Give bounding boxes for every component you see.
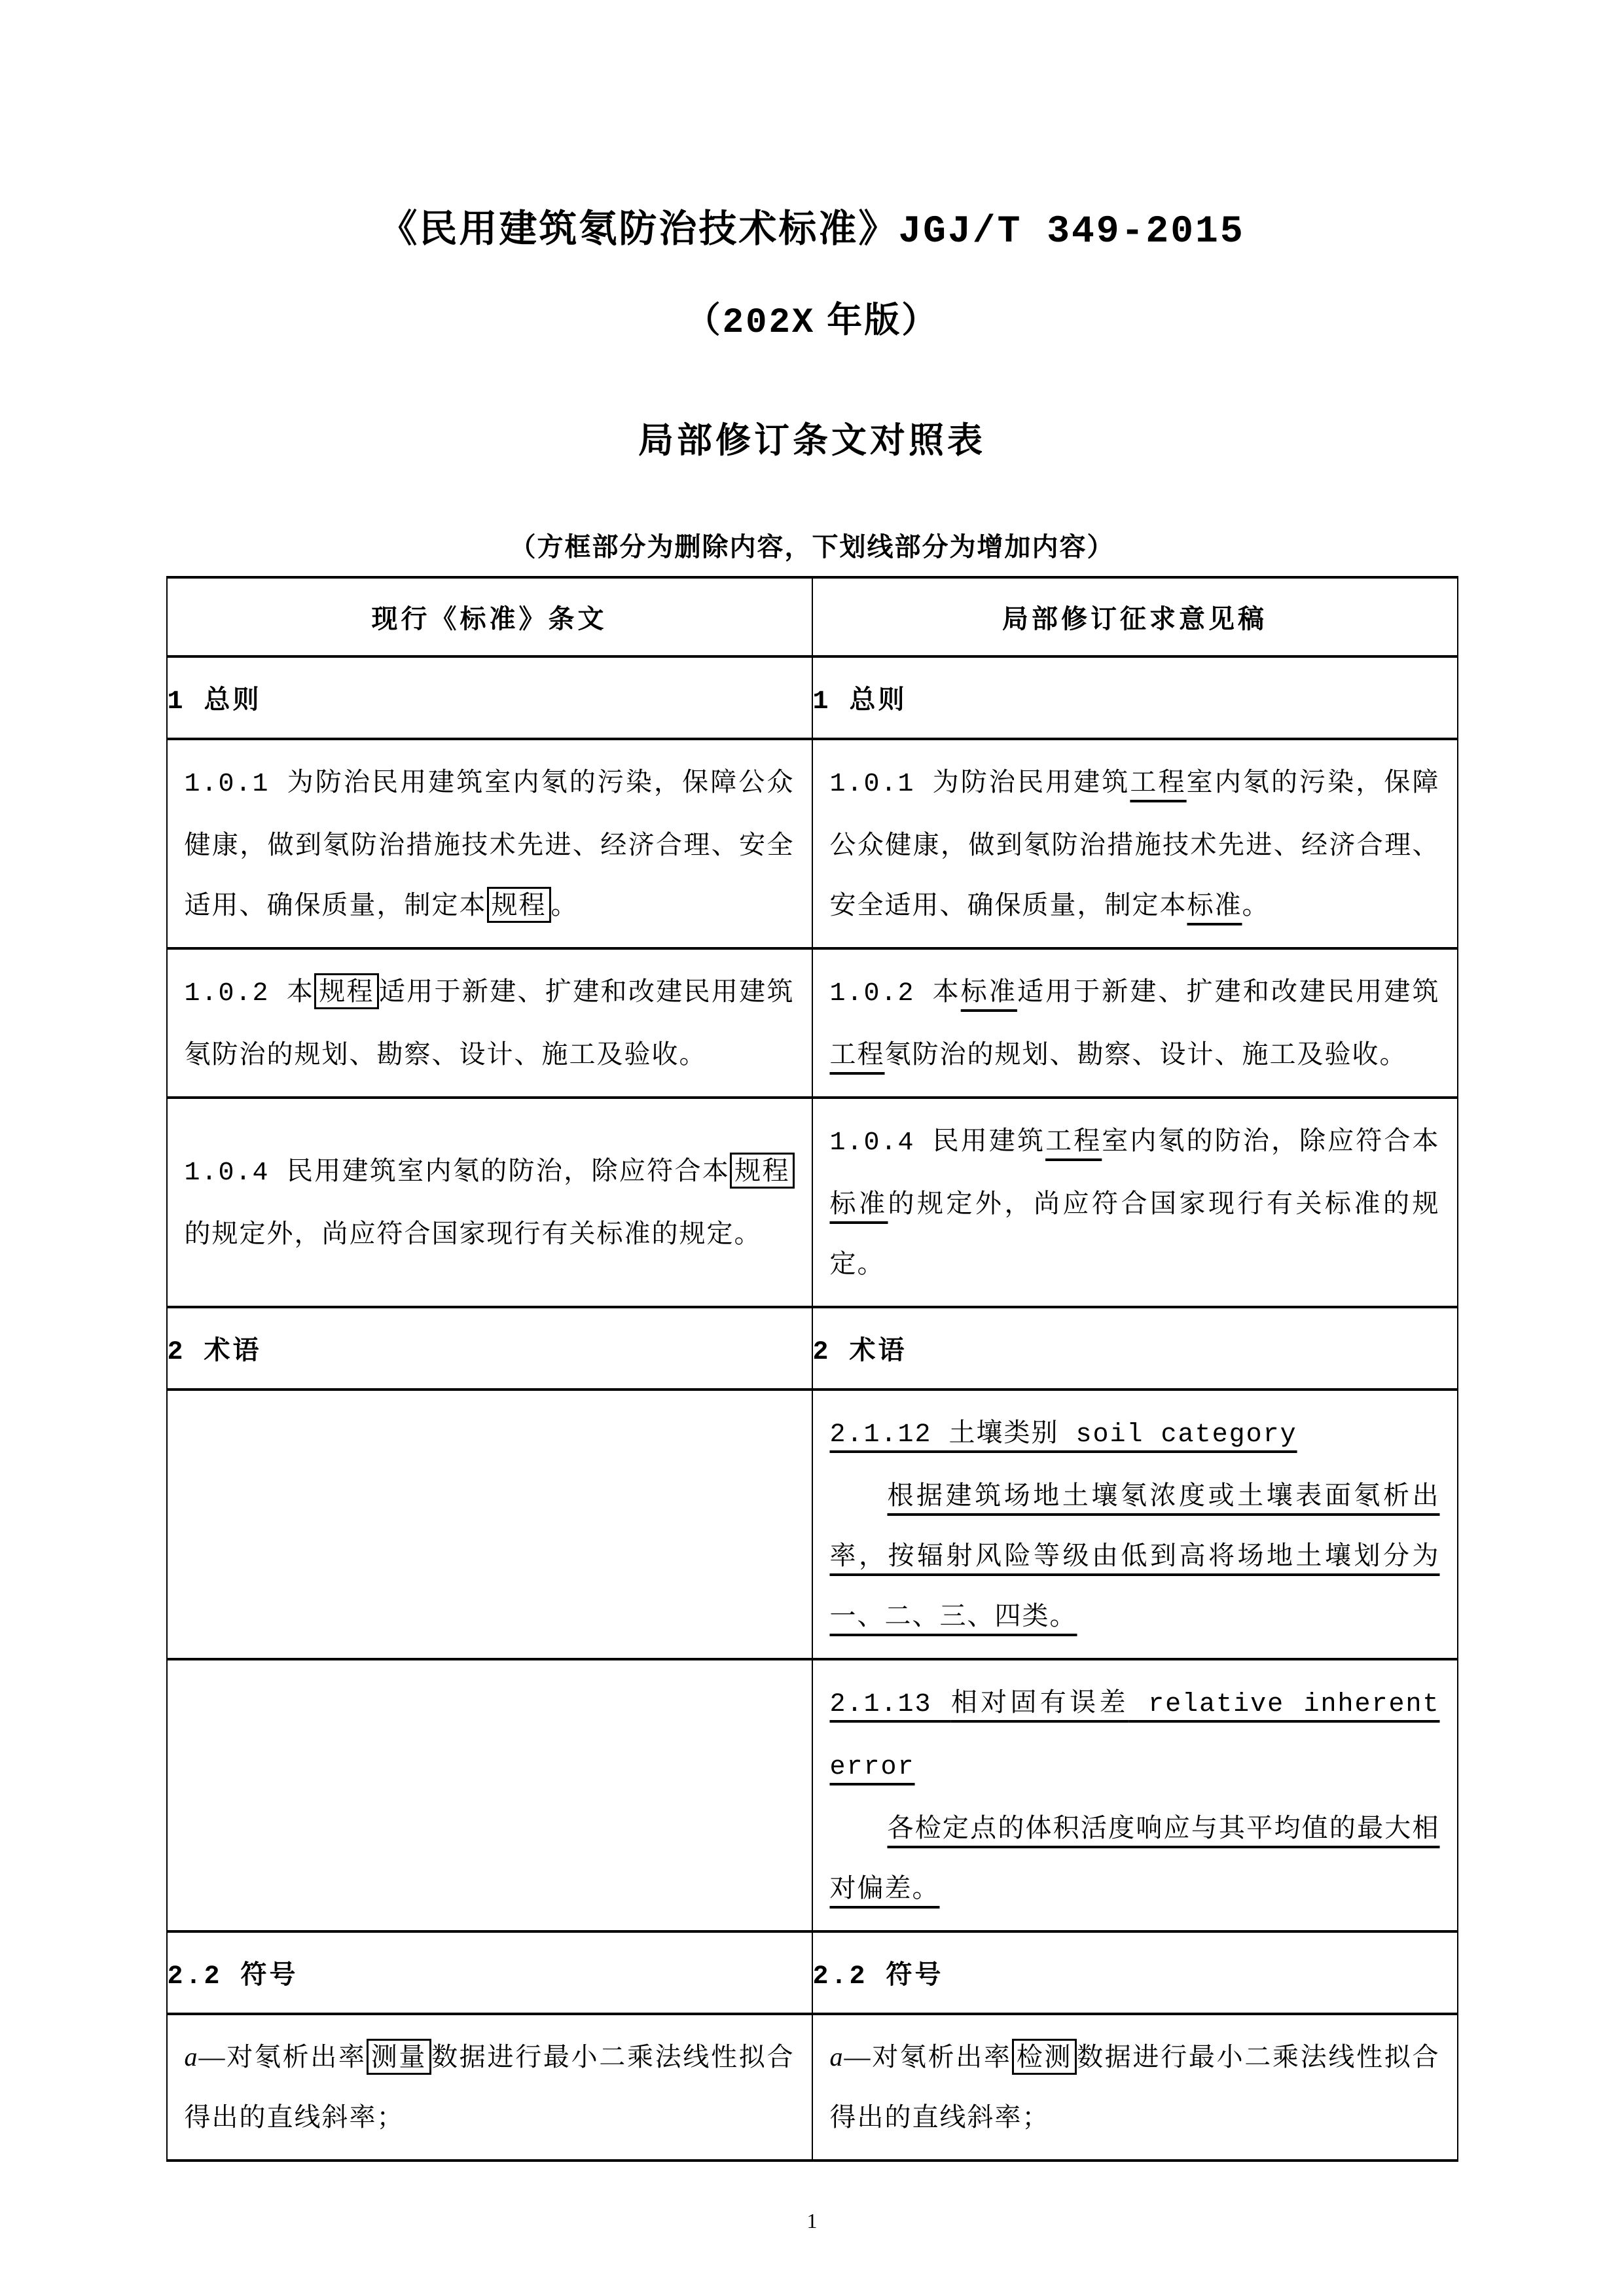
paragraph: 1.0.1 为防治民用建筑工程室内氡的污染，保障公众健康，做到氡防治措施技术先进… — [830, 752, 1440, 935]
cell-right: 1.0.4 民用建筑工程室内氡的防治，除应符合本标准的规定外，尚应符合国家现行有… — [812, 1098, 1458, 1307]
cell-left: 1.0.2 本规程适用于新建、扩建和改建民用建筑氡防治的规划、勘察、设计、施工及… — [167, 948, 812, 1098]
added-text: 标准 — [1187, 890, 1242, 920]
column-header-revision-draft: 局部修订征求意见稿 — [812, 577, 1458, 656]
added-text: 标准 — [830, 1189, 888, 1218]
cell-left: 1.0.4 民用建筑室内氡的防治，除应符合本规程的规定外，尚应符合国家现行有关标… — [167, 1098, 812, 1307]
deleted-text: 规程 — [730, 1153, 794, 1189]
paragraph: 各检定点的体积活度响应与其平均值的最大相对偏差。 — [830, 1798, 1440, 1918]
text-run: 1.0.4 — [830, 1128, 933, 1158]
cell-left: 1.0.1 为防治民用建筑室内氡的污染，保障公众健康，做到氡防治措施技术先进、经… — [167, 739, 812, 948]
text-run: 1 — [168, 687, 204, 717]
cell-right: 2 术语 — [812, 1307, 1458, 1390]
deleted-text: 测量 — [367, 2039, 431, 2075]
paragraph: a—对氡析出率测量数据进行最小二乘法线性拟合得出的直线斜率； — [185, 2027, 795, 2147]
text-run: 氡防治的规划、勘察、设计、施工及验收。 — [885, 1039, 1407, 1069]
cell-left — [167, 1390, 812, 1659]
text-run: 。 — [1242, 890, 1270, 920]
cell-left: 2 术语 — [167, 1307, 812, 1390]
paragraph: 2.1.13 相对固有误差 relative inherent error — [830, 1672, 1440, 1798]
added-text: 2.1.12 — [830, 1420, 949, 1450]
section-row: 2 术语2 术语 — [167, 1307, 1458, 1390]
cell-right: 2.2 符号 — [812, 1931, 1458, 2014]
added-text: 工程 — [1045, 1126, 1102, 1155]
added-text: 相对固有误差 — [951, 1687, 1129, 1717]
cell-right: 1 总则 — [812, 656, 1458, 739]
legend-note: （方框部分为删除内容，下划线部分为增加内容） — [0, 533, 1624, 562]
content-row: 1.0.1 为防治民用建筑室内氡的污染，保障公众健康，做到氡防治措施技术先进、经… — [167, 739, 1458, 948]
text-run: —对氡析出率 — [199, 2042, 367, 2072]
text-run: 民用建筑室内氡的防治，除应符合本 — [287, 1156, 730, 1185]
added-text: 工程 — [1130, 767, 1186, 797]
text-run: —对氡析出率 — [844, 2042, 1012, 2072]
text-run: 总则 — [204, 685, 262, 714]
text-run: 2.2 — [168, 1962, 241, 1992]
page-number: 1 — [0, 2209, 1624, 2233]
paragraph: 2.2 符号 — [168, 1954, 812, 1992]
paragraph: 根据建筑场地土壤氡浓度或土壤表面氡析出率，按辐射风险等级由低到高将场地土壤划分为… — [830, 1465, 1440, 1646]
text-run: 为防治民用建筑 — [933, 767, 1130, 797]
cell-right: 2.1.12 土壤类别 soil category根据建筑场地土壤氡浓度或土壤表… — [812, 1390, 1458, 1659]
deleted-text: 规程 — [487, 887, 551, 923]
column-header-current-standard: 现行《标准》条文 — [167, 577, 812, 656]
text-run: 2 — [168, 1338, 204, 1367]
section-row: 2.2 符号2.2 符号 — [167, 1931, 1458, 2014]
deleted-text: 规程 — [314, 973, 379, 1009]
paragraph: 1 总则 — [813, 679, 1457, 717]
text-run: a — [830, 2042, 844, 2072]
text-run: 总则 — [850, 685, 907, 714]
paragraph: 1.0.1 为防治民用建筑室内氡的污染，保障公众健康，做到氡防治措施技术先进、经… — [185, 752, 795, 935]
text-run: 1 — [813, 687, 850, 717]
section-row: 1 总则1 总则 — [167, 656, 1458, 739]
content-row: 1.0.2 本规程适用于新建、扩建和改建民用建筑氡防治的规划、勘察、设计、施工及… — [167, 948, 1458, 1098]
added-text: 根据建筑场地土壤氡浓度或土壤表面氡析出率，按辐射风险等级由低到高将场地土壤划分为… — [830, 1480, 1440, 1630]
text-run: 2 — [813, 1338, 850, 1367]
paragraph: 2.2 符号 — [813, 1954, 1457, 1992]
paragraph: 1.0.4 民用建筑室内氡的防治，除应符合本规程的规定外，尚应符合国家现行有关标… — [185, 1141, 795, 1264]
text-run: 1.0.1 — [185, 770, 287, 799]
text-run: 的规定外，尚应符合国家现行有关标准的规定。 — [830, 1189, 1440, 1278]
document-title: 《民用建筑氡防治技术标准》JGJ/T 349-2015 — [0, 208, 1624, 253]
paragraph: 2 术语 — [813, 1329, 1457, 1367]
content-row: 1.0.4 民用建筑室内氡的防治，除应符合本规程的规定外，尚应符合国家现行有关标… — [167, 1098, 1458, 1307]
document-heading: 局部修订条文对照表 — [0, 420, 1624, 461]
paragraph: 2.1.12 土壤类别 soil category — [830, 1403, 1440, 1465]
cell-left: a—对氡析出率测量数据进行最小二乘法线性拟合得出的直线斜率； — [167, 2014, 812, 2161]
deleted-text: 检测 — [1012, 2039, 1077, 2075]
text-run: 民用建筑 — [933, 1126, 1045, 1155]
text-run: 本 — [933, 977, 961, 1006]
text-run: 1.0.2 — [830, 979, 933, 1009]
cell-right: 1.0.1 为防治民用建筑工程室内氡的污染，保障公众健康，做到氡防治措施技术先进… — [812, 739, 1458, 948]
text-run: 符号 — [241, 1960, 298, 1989]
cell-right: 2.1.13 相对固有误差 relative inherent error各检定… — [812, 1659, 1458, 1931]
cell-left: 1 总则 — [167, 656, 812, 739]
text-run: 室内氡的防治，除应符合本 — [1102, 1126, 1439, 1155]
text-run: a — [185, 2042, 199, 2072]
text-run: 术语 — [204, 1336, 262, 1365]
text-run: 1.0.1 — [830, 770, 933, 799]
paragraph: 2 术语 — [168, 1329, 812, 1367]
text-run: 适用于新建、扩建和改建民用建筑 — [1017, 977, 1440, 1006]
text-run: 1.0.2 — [185, 979, 287, 1009]
cell-left: 2.2 符号 — [167, 1931, 812, 2014]
cell-right: a—对氡析出率检测数据进行最小二乘法线性拟合得出的直线斜率； — [812, 2014, 1458, 2161]
cell-left — [167, 1659, 812, 1931]
cell-right: 1.0.2 本标准适用于新建、扩建和改建民用建筑工程氡防治的规划、勘察、设计、施… — [812, 948, 1458, 1098]
text-run: 2.2 — [813, 1962, 886, 1992]
text-run: JGJ/T 349-2015 — [898, 211, 1244, 253]
text-run: 1.0.4 — [185, 1158, 287, 1188]
text-run: 符号 — [886, 1960, 944, 1989]
table-header-row: 现行《标准》条文 局部修订征求意见稿 — [167, 577, 1458, 656]
content-row: 2.1.12 土壤类别 soil category根据建筑场地土壤氡浓度或土壤表… — [167, 1390, 1458, 1659]
paragraph: 1.0.4 民用建筑工程室内氡的防治，除应符合本标准的规定外，尚应符合国家现行有… — [830, 1111, 1440, 1294]
added-text: soil category — [1059, 1420, 1297, 1450]
comparison-table: 现行《标准》条文 局部修订征求意见稿 1 总则1 总则1.0.1 为防治民用建筑… — [166, 576, 1458, 2162]
document-subtitle: （202X 年版） — [0, 300, 1624, 343]
paragraph: 1 总则 — [168, 679, 812, 717]
added-text: 工程 — [830, 1039, 885, 1069]
text-run: 的规定外，尚应符合国家现行有关标准的规定。 — [185, 1219, 762, 1248]
added-text: 土壤类别 — [949, 1418, 1059, 1447]
paragraph: a—对氡析出率检测数据进行最小二乘法线性拟合得出的直线斜率； — [830, 2027, 1440, 2147]
document-page: 《民用建筑氡防治技术标准》JGJ/T 349-2015 （202X 年版） 局部… — [0, 0, 1624, 2296]
added-text: 标准 — [961, 977, 1017, 1006]
paragraph: 1.0.2 本规程适用于新建、扩建和改建民用建筑氡防治的规划、勘察、设计、施工及… — [185, 961, 795, 1085]
text-run: 术语 — [850, 1336, 907, 1365]
comparison-table-body: 1 总则1 总则1.0.1 为防治民用建筑室内氡的污染，保障公众健康，做到氡防治… — [167, 656, 1458, 2161]
text-run: （ — [685, 300, 723, 340]
content-row: a—对氡析出率测量数据进行最小二乘法线性拟合得出的直线斜率；a—对氡析出率检测数… — [167, 2014, 1458, 2161]
text-run: 本 — [287, 977, 314, 1006]
content-row: 2.1.13 相对固有误差 relative inherent error各检定… — [167, 1659, 1458, 1931]
text-run: 。 — [551, 890, 579, 920]
text-run: 202X — [723, 303, 816, 343]
added-text: 2.1.13 — [830, 1690, 951, 1719]
added-text: 各检定点的体积活度响应与其平均值的最大相对偏差。 — [830, 1813, 1440, 1903]
text-run: 年版） — [815, 300, 939, 340]
text-run: 《民用建筑氡防治技术标准》 — [379, 207, 898, 250]
paragraph: 1.0.2 本标准适用于新建、扩建和改建民用建筑工程氡防治的规划、勘察、设计、施… — [830, 961, 1440, 1085]
